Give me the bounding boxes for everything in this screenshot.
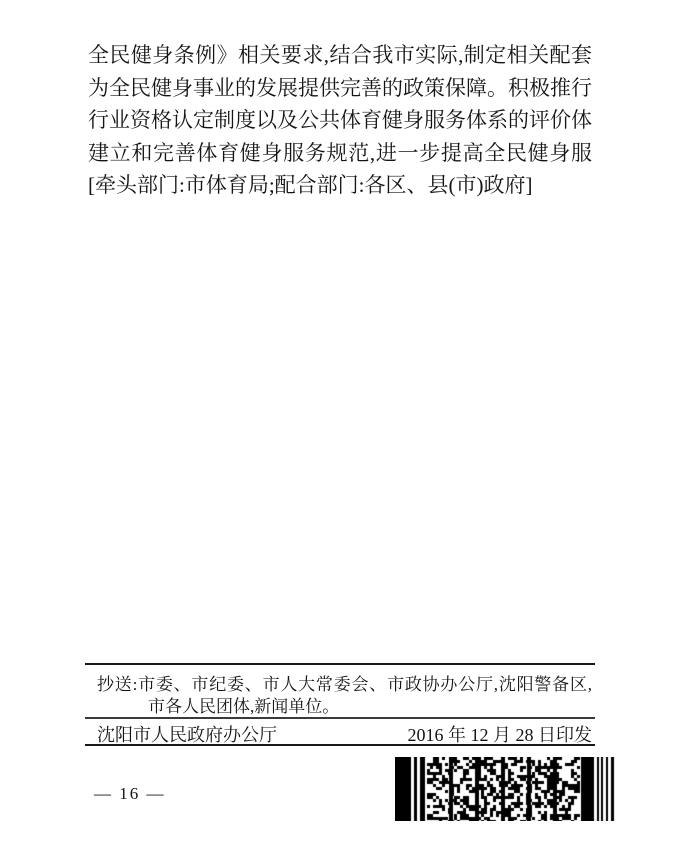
divider-line-bottom [85,744,595,746]
divider-line-top [85,663,595,665]
pdf417-barcode [395,757,617,821]
issuing-office: 沈阳市人民政府办公厅 [97,725,277,745]
copy-to-line: 抄送:市委、市纪委、市人大常委会、市政协办公厅,沈阳警备区, [97,674,592,696]
body-line: 为全民健身事业的发展提供完善的政策保障。积极推行群众体育 [88,72,592,105]
page-number: — 16 — [94,784,166,804]
body-paragraph: 全民健身条例》相关要求,结合我市实际,制定相关配套性文件, 为全民健身事业的发展… [88,39,592,202]
body-line: 建立和完善体育健身服务规范,进一步提高全民健身服务水平。 [88,137,592,170]
print-date: 2016 年 12 月 28 日印发 [408,725,593,745]
body-line-departments: [牵头部门:市体育局;配合部门:各区、县(市)政府] [88,169,592,202]
copy-to-block: 抄送:市委、市纪委、市人大常委会、市政协办公厅,沈阳警备区, 市各人民团体,新闻… [97,674,592,717]
body-line: 全民健身条例》相关要求,结合我市实际,制定相关配套性文件, [88,39,592,72]
document-page: 全民健身条例》相关要求,结合我市实际,制定相关配套性文件, 为全民健身事业的发展… [0,0,675,856]
divider-line-middle [85,717,595,719]
copy-to-line: 市各人民团体,新闻单位。 [148,696,592,718]
body-line: 行业资格认定制度以及公共体育健身服务体系的评价体系制度, [88,104,592,137]
issuing-row: 沈阳市人民政府办公厅 2016 年 12 月 28 日印发 [97,725,592,745]
